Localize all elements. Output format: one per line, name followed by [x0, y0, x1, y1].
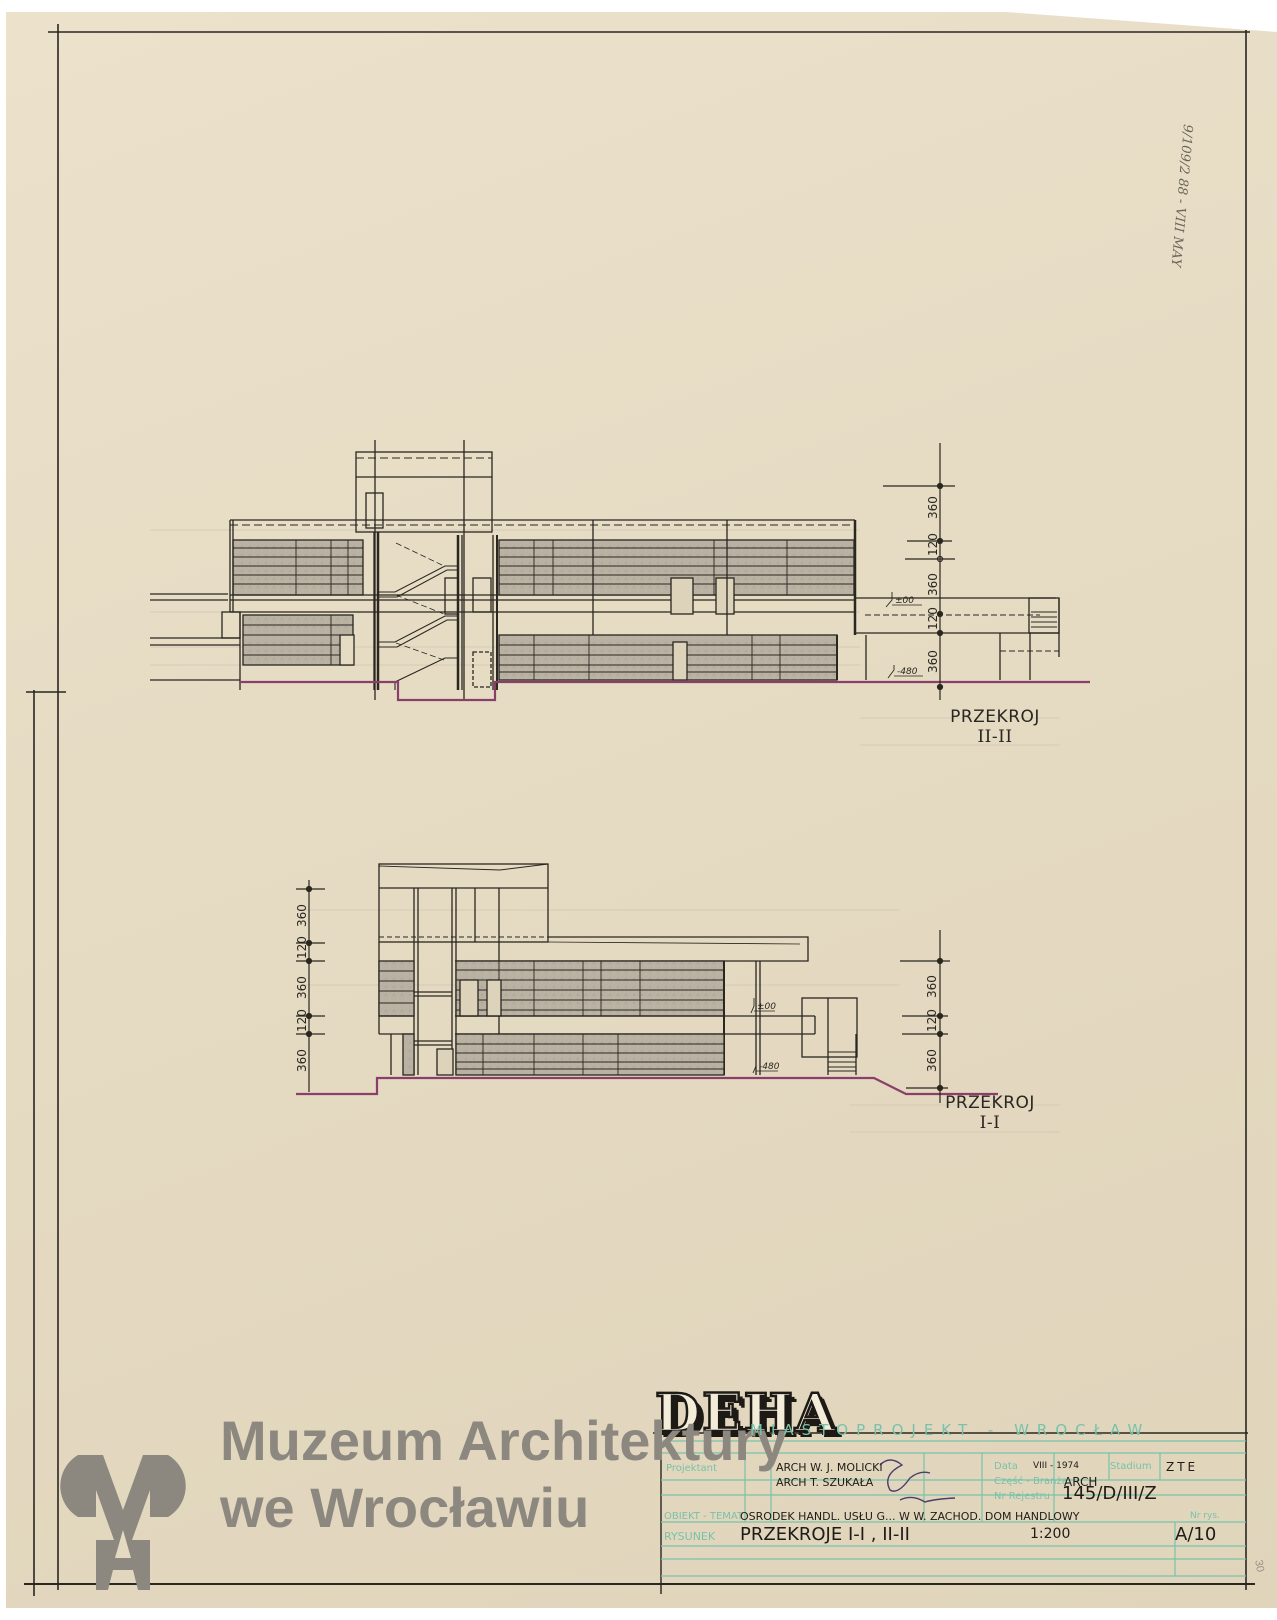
scale-value: 1:200: [1030, 1526, 1070, 1542]
svg-text:360: 360: [925, 1049, 939, 1072]
section-II-II-title-line2: II-II: [935, 727, 1055, 747]
stadium-label: Stadium: [1110, 1461, 1152, 1472]
stadium-value: ZTE: [1166, 1460, 1198, 1474]
section-I-I-title-line2: I-I: [930, 1113, 1050, 1133]
svg-text:120: 120: [926, 607, 940, 630]
svg-text:360: 360: [926, 650, 940, 673]
obiekt-value: OSRODEK HANDL. USŁU G... W W. ZACHOD. DO…: [740, 1510, 1080, 1523]
svg-text:±00: ±00: [757, 1002, 776, 1012]
svg-text:120: 120: [926, 533, 940, 556]
svg-text:-480: -480: [759, 1062, 780, 1072]
section-I-I-drawing: [379, 864, 857, 1075]
sheet-border: [24, 24, 1255, 1596]
designer-2: ARCH T. SZUKAŁA: [776, 1476, 873, 1489]
svg-text:120: 120: [925, 1009, 939, 1032]
designer-1: ARCH W. J. MOLICKI: [776, 1461, 883, 1474]
rejestr-value: 145/D/III/Z: [1062, 1483, 1157, 1504]
obiekt-label: OBIEKT - TEMAT: [664, 1511, 743, 1522]
ground-line-II: [240, 682, 1090, 700]
office-name: MIASTOPROJEKT - WROCŁAW: [750, 1421, 1150, 1439]
title-block: MIASTOPROJEKT - WROCŁAW Projektant ARCH …: [660, 1415, 1200, 1547]
svg-text:120: 120: [295, 1009, 309, 1032]
svg-text:120: 120: [295, 936, 309, 959]
svg-text:360: 360: [925, 975, 939, 998]
svg-text:360: 360: [926, 573, 940, 596]
dimension-line-II: [883, 443, 955, 700]
architectural-drawing: 360 120 360 120 360 ±00 -480: [0, 0, 1277, 1620]
svg-text:360: 360: [295, 976, 309, 999]
svg-text:±00: ±00: [895, 596, 914, 606]
nr-rys-label: Nr rys.: [1190, 1511, 1220, 1521]
svg-text:-480: -480: [897, 667, 918, 677]
svg-text:360: 360: [926, 496, 940, 519]
svg-text:360: 360: [295, 1049, 309, 1072]
ground-line-I: [296, 1078, 998, 1094]
section-II-II-title: PRZEKROJ II-II: [935, 707, 1055, 747]
rysunek-label: RYSUNEK: [664, 1530, 715, 1543]
projektant-label: Projektant: [666, 1463, 717, 1474]
branza-label: Część - Branża: [994, 1476, 1068, 1487]
data-label: Data: [994, 1461, 1018, 1472]
date-value: VIII - 1974: [1033, 1461, 1079, 1471]
sheet-number: A/10: [1175, 1524, 1216, 1545]
section-II-II-drawing: [150, 440, 1059, 700]
section-I-I-title: PRZEKROJ I-I: [930, 1093, 1050, 1133]
museum-watermark-line2: we Wrocławiu: [220, 1480, 589, 1536]
rejestr-label: Nr Rejestru: [994, 1491, 1050, 1502]
rysunek-value: PRZEKROJE I-I , II-II: [740, 1524, 910, 1545]
section-II-II-title-line1: PRZEKROJ: [935, 707, 1055, 727]
svg-text:360: 360: [295, 904, 309, 927]
margin-note: 30: [1252, 1559, 1266, 1573]
section-I-I-title-line1: PRZEKROJ: [930, 1093, 1050, 1113]
ma-monogram-logo: [60, 1455, 185, 1590]
